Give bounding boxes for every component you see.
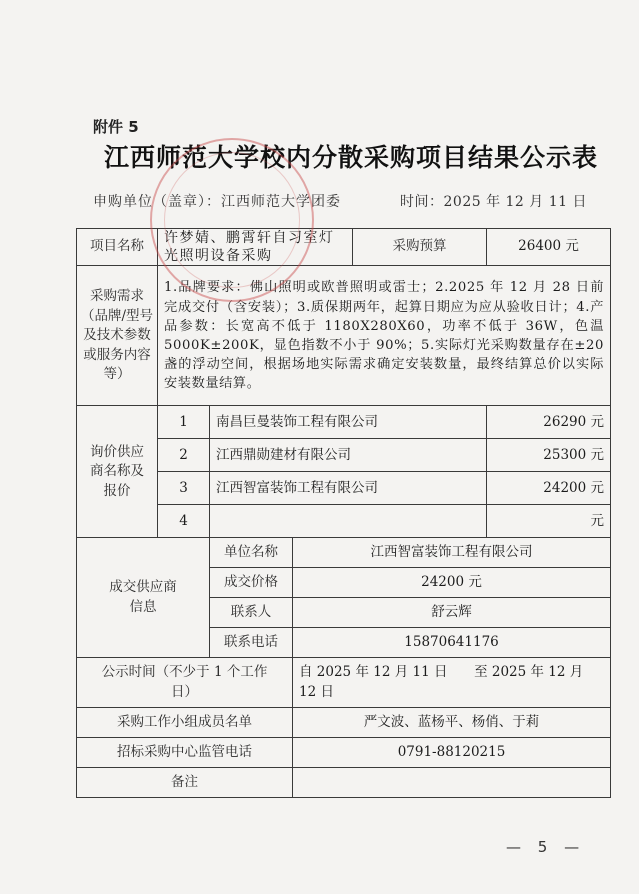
- budget-label: 采购预算: [353, 229, 487, 266]
- quote-supplier: 江西智富装饰工程有限公司: [210, 472, 487, 505]
- quote-number: 1: [158, 406, 210, 439]
- row-project-name: 项目名称 许梦婧、鹏霄轩自习室灯光照明设备采购 采购预算 26400 元: [77, 229, 611, 266]
- winner-price-label: 成交价格: [210, 568, 293, 598]
- winner-unit-label: 单位名称: [210, 538, 293, 568]
- quote-supplier: [210, 505, 487, 538]
- project-name: 许梦婧、鹏霄轩自习室灯光照明设备采购: [158, 229, 353, 266]
- row-remarks: 备注: [77, 768, 611, 798]
- page-number: — 5 —: [506, 838, 585, 856]
- remarks-value: [293, 768, 611, 798]
- row-notice-period: 公示时间（不少于 1 个工作日） 自 2025 年 12 月 11 日 至 20…: [77, 658, 611, 708]
- remarks-label: 备注: [77, 768, 293, 798]
- team-label: 采购工作小组成员名单: [77, 708, 293, 738]
- row-team: 采购工作小组成员名单 严文波、蓝杨平、杨俏、于莉: [77, 708, 611, 738]
- attachment-label: 附件 5: [93, 116, 139, 137]
- winner-phone-label: 联系电话: [210, 628, 293, 658]
- supervision-phone: 0791-88120215: [293, 738, 611, 768]
- team-members: 严文波、蓝杨平、杨俏、于莉: [293, 708, 611, 738]
- requirements-text: 1.品牌要求：佛山照明或欧普照明或雷士；2.2025 年 12 月 28 日前完…: [158, 266, 611, 406]
- quote-number: 4: [158, 505, 210, 538]
- winner-contact-label: 联系人: [210, 598, 293, 628]
- winner-price: 24200 元: [293, 568, 611, 598]
- notice-period: 自 2025 年 12 月 11 日 至 2025 年 12 月 12 日: [293, 658, 611, 708]
- quote-price: 元: [487, 505, 611, 538]
- notice-from: 自 2025 年 12 月 11 日: [299, 664, 447, 680]
- quote-row: 询价供应商名称及报价 1 南昌巨曼装饰工程有限公司 26290 元: [77, 406, 611, 439]
- quote-supplier: 南昌巨曼装饰工程有限公司: [210, 406, 487, 439]
- row-requirements: 采购需求（品牌/型号及技术参数或服务内容等） 1.品牌要求：佛山照明或欧普照明或…: [77, 266, 611, 406]
- quote-row: 2 江西鼎勋建材有限公司 25300 元: [77, 439, 611, 472]
- requirements-label: 采购需求（品牌/型号及技术参数或服务内容等）: [77, 266, 158, 406]
- quote-supplier: 江西鼎勋建材有限公司: [210, 439, 487, 472]
- notice-label: 公示时间（不少于 1 个工作日）: [77, 658, 293, 708]
- document-page: 附件 5 江西师范大学校内分散采购项目结果公示表 申购单位（盖章）：江西师范大学…: [0, 0, 639, 894]
- applicant-unit: 申购单位（盖章）：江西师范大学团委: [93, 191, 341, 211]
- results-table: 项目名称 许梦婧、鹏霄轩自习室灯光照明设备采购 采购预算 26400 元 采购需…: [76, 228, 611, 798]
- winner-phone: 15870641176: [293, 628, 611, 658]
- supervision-label: 招标采购中心监管电话: [77, 738, 293, 768]
- winner-label: 成交供应商信息: [77, 538, 210, 658]
- quote-row: 3 江西智富装饰工程有限公司 24200 元: [77, 472, 611, 505]
- row-supervision: 招标采购中心监管电话 0791-88120215: [77, 738, 611, 768]
- quote-number: 3: [158, 472, 210, 505]
- document-title: 江西师范大学校内分散采购项目结果公示表: [104, 138, 584, 174]
- quote-price: 26290 元: [487, 406, 611, 439]
- winner-unit: 江西智富装饰工程有限公司: [293, 538, 611, 568]
- project-name-label: 项目名称: [77, 229, 158, 266]
- winner-contact: 舒云辉: [293, 598, 611, 628]
- quote-number: 2: [158, 439, 210, 472]
- quote-price: 24200 元: [487, 472, 611, 505]
- winner-row-unit: 成交供应商信息 单位名称 江西智富装饰工程有限公司: [77, 538, 611, 568]
- quote-row: 4 元: [77, 505, 611, 538]
- document-date: 时间：2025 年 12 月 11 日: [400, 191, 587, 211]
- budget-value: 26400 元: [487, 229, 611, 266]
- quotes-label: 询价供应商名称及报价: [77, 406, 158, 538]
- quote-price: 25300 元: [487, 439, 611, 472]
